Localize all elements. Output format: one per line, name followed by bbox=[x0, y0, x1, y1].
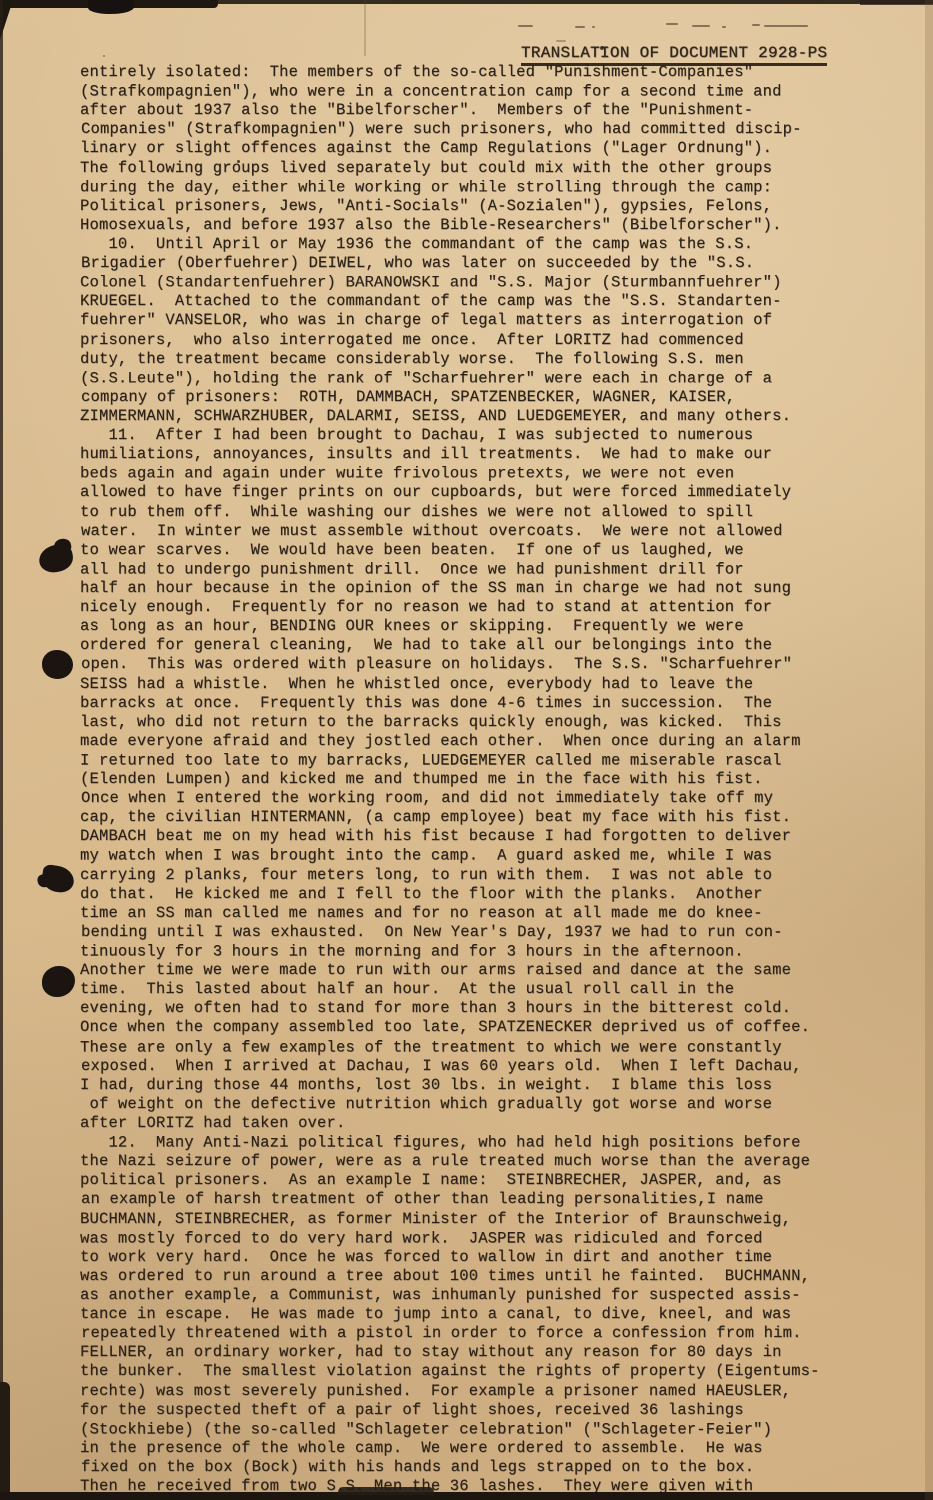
text-line: (Strafkompagnien"), who were in a concen… bbox=[80, 83, 870, 102]
text-line: during the day, either while working or … bbox=[80, 178, 870, 197]
pencil-smudge bbox=[752, 24, 760, 26]
text-line: cap, the civilian HINTERMANN, (a camp em… bbox=[80, 808, 870, 827]
text-line: fuehrer" VANSELOR, who was in charge of … bbox=[80, 311, 870, 330]
text-line: ZIMMERMANN, SCHWARZHUBER, DALARMI, SEISS… bbox=[80, 407, 870, 426]
text-line: Once when I entered the working room, an… bbox=[81, 789, 871, 808]
text-line: fixed on the box (Bock) with his hands a… bbox=[81, 1458, 871, 1477]
text-line: rechte) was most severely punished. For … bbox=[80, 1382, 870, 1401]
text-line: duty, the treatment became considerably … bbox=[80, 350, 870, 369]
text-line: was mostly forced to do very hard work. … bbox=[80, 1229, 870, 1248]
text-line: Political prisoners, Jews, "Anti-Socials… bbox=[80, 197, 870, 216]
text-line: Brigadier (Oberfuehrer) DEIWEL, who was … bbox=[81, 254, 871, 273]
document-body: entirely isolated: The members of the so… bbox=[80, 63, 870, 1496]
scan-edge-left-bottom bbox=[0, 1382, 10, 1500]
text-line: tinuously for 3 hours in the morning and… bbox=[80, 942, 870, 961]
text-line: exposed. When I arrived at Dachau, I was… bbox=[81, 1057, 871, 1076]
text-line: in the presence of the whole camp. We we… bbox=[80, 1439, 870, 1458]
text-line: BUCHMANN, STEINBRECHER, as former Minist… bbox=[80, 1210, 870, 1229]
pencil-smudge bbox=[666, 23, 678, 25]
text-line: to work very hard. Once he was forced to… bbox=[80, 1248, 870, 1267]
text-line: Homosexuals, and before 1937 also the Bi… bbox=[80, 216, 870, 235]
text-line: as long as an hour, BENDING OUR knees or… bbox=[80, 617, 870, 636]
ink-speck bbox=[103, 55, 105, 57]
text-line: as another example, a Communist, was inh… bbox=[80, 1286, 870, 1305]
scan-edge-top-blob bbox=[88, 0, 134, 14]
scan-edge-left bbox=[0, 0, 3, 1500]
scan-edge-top-right bbox=[860, 0, 933, 5]
text-line: after LORITZ had taken over. bbox=[80, 1114, 870, 1133]
pencil-smudge bbox=[575, 26, 585, 28]
text-line: barracks at once. Frequently this was do… bbox=[80, 694, 870, 713]
text-line: FELLNER, an ordinary worker, had to stay… bbox=[80, 1343, 870, 1362]
text-line: humiliations, annoyances, insults and il… bbox=[80, 445, 870, 464]
text-line: (Elenden Lumpen) and kicked me and thump… bbox=[80, 770, 870, 789]
text-line: open. This was ordered with pleasure on … bbox=[81, 655, 871, 674]
pencil-smudge bbox=[518, 25, 533, 27]
text-line: entirely isolated: The members of the so… bbox=[80, 63, 870, 82]
pencil-smudge bbox=[556, 40, 566, 42]
text-line: I had, during those 44 months, lost 30 l… bbox=[80, 1076, 870, 1095]
text-line: KRUEGEL. Attached to the commandant of t… bbox=[80, 292, 870, 311]
text-line: all had to undergo punishment drill. Onc… bbox=[80, 560, 870, 579]
text-line: was ordered to run around a tree about 1… bbox=[80, 1267, 870, 1286]
text-line: nicely enough. Frequently for no reason … bbox=[80, 598, 870, 617]
scanned-page: TRANSLATION OF DOCUMENT 2928-PS entirely… bbox=[0, 0, 933, 1500]
text-line: beds again and again under wuite frivolo… bbox=[80, 465, 870, 484]
text-line: time. This lasted about half an hour. At… bbox=[80, 980, 870, 999]
text-line: DAMBACH beat me on my head with his fist… bbox=[80, 827, 870, 846]
text-line: carrying 2 planks, four meters long, to … bbox=[80, 866, 870, 885]
text-line: repeatedly threatened with a pistol in o… bbox=[81, 1324, 871, 1343]
text-line: prisoners, who also interrogated me once… bbox=[80, 331, 870, 350]
text-line: Another time we were made to run with ou… bbox=[80, 961, 870, 980]
ink-blot bbox=[37, 543, 75, 575]
text-line: I returned too late to my barracks, LUED… bbox=[80, 751, 870, 770]
text-line: 12. Many Anti-Nazi political figures, wh… bbox=[80, 1134, 870, 1153]
ink-blot bbox=[42, 650, 73, 679]
text-line: for the suspected theft of a pair of lig… bbox=[80, 1401, 870, 1420]
text-line: tance in escape. He was made to jump int… bbox=[80, 1305, 870, 1324]
text-line: do that. He kicked me and I fell to the … bbox=[80, 885, 870, 904]
text-line: time an SS man called me names and for n… bbox=[80, 904, 870, 923]
ink-speck bbox=[237, 160, 240, 163]
text-line: an example of harsh treatment of other t… bbox=[81, 1190, 871, 1209]
pencil-smudge bbox=[722, 26, 726, 28]
text-line: linary or slight offences against the Ca… bbox=[80, 139, 870, 158]
ink-blot bbox=[40, 864, 75, 894]
text-line: my watch when I was brought into the cam… bbox=[80, 847, 870, 866]
text-line: the bunker. The smallest violation again… bbox=[80, 1362, 870, 1381]
paper-crease bbox=[364, 0, 366, 56]
text-line: allowed to have finger prints on our cup… bbox=[80, 483, 870, 502]
text-line: last, who did not return to the barracks… bbox=[80, 713, 870, 732]
text-line: half an hour because in the opinion of t… bbox=[80, 579, 870, 598]
text-line: company of prisoners: ROTH, DAMMBACH, SP… bbox=[81, 388, 871, 407]
text-line: 11. After I had been brought to Dachau, … bbox=[80, 426, 870, 445]
text-line: water. In winter we must assemble withou… bbox=[81, 522, 871, 541]
text-line: made everyone afraid and they jostled ea… bbox=[80, 732, 870, 751]
scan-edge-bottom-bump bbox=[338, 1487, 434, 1495]
text-line: 10. Until April or May 1936 the commanda… bbox=[80, 235, 870, 254]
pencil-smudge bbox=[592, 26, 595, 28]
text-line: The following groups lived separately bu… bbox=[80, 159, 870, 178]
text-line: These are only a few examples of the tre… bbox=[80, 1038, 870, 1057]
pencil-smudge bbox=[692, 25, 710, 27]
text-line: after about 1937 also the "Bibelforscher… bbox=[80, 101, 870, 120]
text-line: Companies" (Strafkompagnien") were such … bbox=[81, 120, 871, 139]
text-line: to rub them off. While washing our dishe… bbox=[80, 503, 870, 522]
text-line: the Nazi seizure of power, were as a rul… bbox=[80, 1152, 870, 1171]
text-line: political prisoners. As an example I nam… bbox=[80, 1171, 870, 1190]
text-line: (Stockhiebe) (the so-called "Schlageter … bbox=[80, 1420, 870, 1439]
text-line: SEISS had a whistle. When he whistled on… bbox=[80, 675, 870, 694]
text-line: to wear scarves. We would have been beat… bbox=[80, 541, 870, 560]
ink-speck bbox=[600, 46, 604, 50]
text-line: Once when the company assembled too late… bbox=[80, 1018, 870, 1037]
text-line: (S.S.Leute"), holding the rank of "Schar… bbox=[80, 369, 870, 388]
text-line: Colonel (Standartenfuehrer) BARANOWSKI a… bbox=[80, 274, 870, 293]
text-line: of weight on the defective nutrition whi… bbox=[80, 1095, 870, 1114]
ink-blot bbox=[42, 966, 75, 997]
text-line: ordered for general cleaning, We had to … bbox=[80, 636, 870, 655]
text-line: bending until I was exhausted. On New Ye… bbox=[81, 923, 871, 942]
pencil-smudge bbox=[764, 25, 808, 27]
scan-edge-right-shade bbox=[925, 0, 933, 1500]
scan-edge-bottom bbox=[0, 1492, 933, 1500]
text-line: evening, we often had to stand for more … bbox=[80, 999, 870, 1018]
